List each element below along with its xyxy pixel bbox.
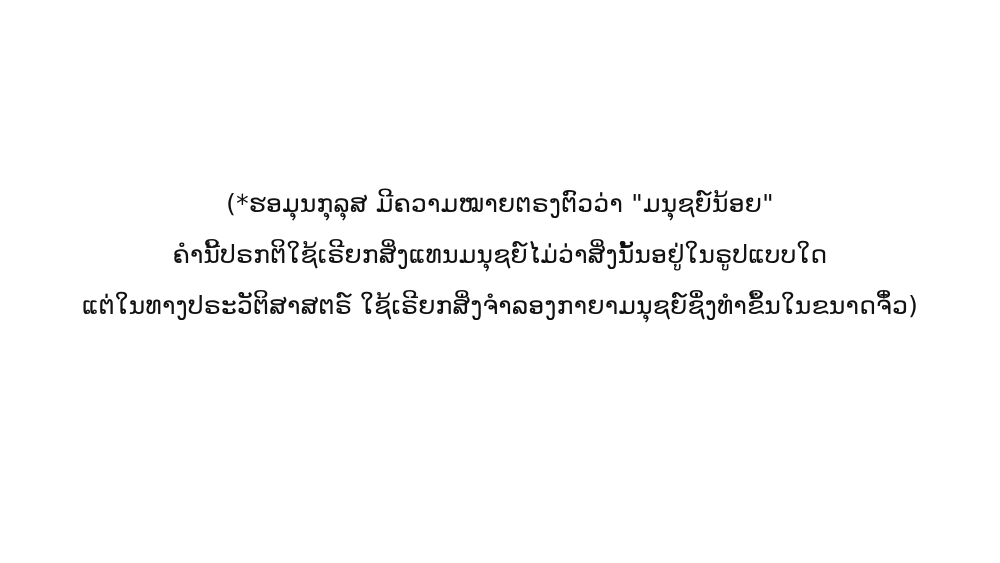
note-line-3: ແຕ່ໃນທາງປຣະວັຕິສາສຕຣ໌ ໃຊ້ເຣີຍກສິ່ງຈຳລອງກ… [0, 280, 1000, 331]
note-line-1: (*ຮອມຸນກຸລຸສ ມີຄວາມໝາຍຕຣງຕົວວ່າ "ມນຸຊຍ໌ນ… [0, 178, 1000, 229]
note-line-2: ຄຳນີ້ປຣກຕິໃຊ້ເຣີຍກສິ່ງແທນມນຸຊຍ໌ໄມ່ວ່າສິ່… [0, 229, 1000, 280]
translator-note: (*ຮອມຸນກຸລຸສ ມີຄວາມໝາຍຕຣງຕົວວ່າ "ມນຸຊຍ໌ນ… [0, 178, 1000, 331]
